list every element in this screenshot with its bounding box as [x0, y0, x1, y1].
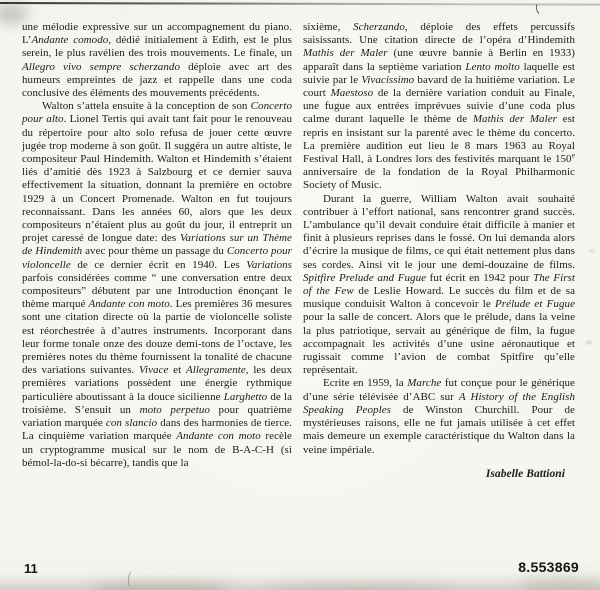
text-run: de ce dernier écrit en 1940. Les — [71, 259, 246, 271]
text-run: pour la salle de concert. Alors que le p… — [303, 311, 575, 376]
paragraph: Durant la guerre, William Walton avait s… — [303, 193, 575, 378]
text-run: con slancio — [106, 417, 157, 429]
author-signature: Isabelle Battioni — [303, 468, 575, 481]
text-run: Andante con moto — [176, 430, 261, 442]
scan-shadow-blob — [520, 578, 600, 590]
column-left: une mélodie expressive sur un accompagne… — [22, 21, 292, 470]
paragraph: Walton s’attela ensuite à la conception … — [22, 100, 292, 470]
scan-shadow-blob — [270, 584, 450, 590]
text-run: moto perpetuo — [140, 404, 210, 416]
text-run: Andante con moto — [88, 298, 169, 310]
text-run: . Lionel Tertis qui avait tant fait pour… — [22, 113, 292, 244]
text-run: Walton s’attela ensuite à la conception … — [42, 100, 251, 112]
text-run: Allegro vivo sempre scherzando — [22, 61, 180, 73]
scan-edge-artifact — [0, 2, 600, 6]
text-run: avec pour thème un passage du — [82, 245, 227, 257]
text-run: Vivace — [139, 364, 168, 376]
paragraph: Ecrite en 1959, la Marche fut conçue pou… — [303, 377, 575, 456]
catalog-number: 8.553869 — [518, 559, 579, 575]
paragraph-container-left: une mélodie expressive sur un accompagne… — [22, 21, 292, 470]
text-run: Prélude et Fugue — [495, 298, 575, 310]
text-run: Marche — [407, 377, 441, 389]
text-run: Maestoso — [331, 87, 374, 99]
text-run: Scherzando — [353, 21, 405, 33]
text-run: Andante comodo — [31, 34, 108, 46]
text-run: e — [572, 150, 575, 159]
text-run: anniversaire de la fondation de la Royal… — [303, 166, 575, 191]
column-right: sixième, Scherzando, déploie des effets … — [303, 21, 575, 481]
text-run: et — [168, 364, 185, 376]
text-run: Durant la guerre, William Walton avait s… — [303, 193, 575, 271]
paragraph-container-right: sixième, Scherzando, déploie des effets … — [303, 21, 575, 457]
text-run: Larghetto — [224, 391, 267, 403]
text-run: Allegramente — [186, 364, 246, 376]
booklet-page: une mélodie expressive sur un accompagne… — [0, 0, 600, 590]
text-run: Mathis der Maler — [303, 47, 388, 59]
paragraph: une mélodie expressive sur un accompagne… — [22, 21, 292, 100]
text-run: sixième, — [303, 21, 353, 33]
scan-shadow-blob — [90, 582, 230, 590]
text-run: Lento molto — [465, 61, 519, 73]
text-run: Ecrite en 1959, la — [323, 377, 407, 389]
text-run: Vivacissimo — [361, 74, 414, 86]
scan-speck — [589, 250, 594, 252]
paragraph: sixième, Scherzando, déploie des effets … — [303, 21, 575, 193]
text-run: Mathis der Maler — [473, 113, 557, 125]
text-run: Variations — [246, 259, 292, 271]
text-run: Spitfire Prelude and Fugue — [303, 272, 426, 284]
text-run: fut écrit en 1942 pour — [426, 272, 533, 284]
scan-speck — [586, 341, 592, 344]
